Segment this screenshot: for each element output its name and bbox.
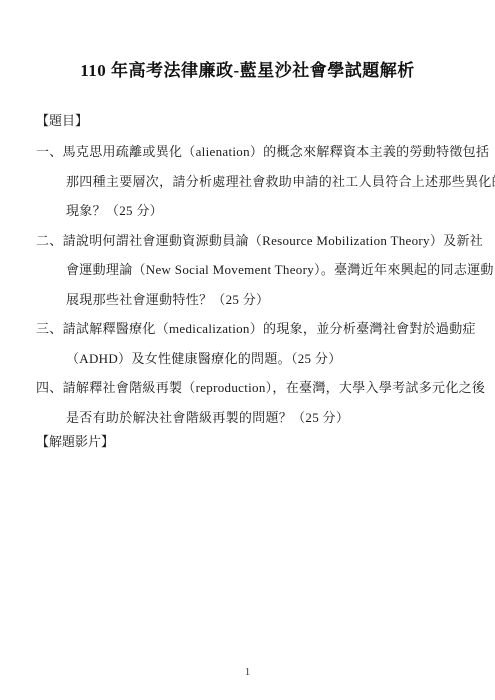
question-4: 四、請解釋社會階級再製（reproduction），在臺灣，大學入學考試多元化之… (36, 373, 475, 432)
question-line: 那四種主要層次，請分析處理社會救助申請的社工人員符合上述那些異化的 (36, 167, 475, 197)
document-title: 110 年高考法律廉政-藍星沙社會學試題解析 (0, 0, 495, 81)
question-line: 二、請說明何謂社會運動資源動員論（Resource Mobilization T… (36, 226, 475, 256)
question-line: 會運動理論（New Social Movement Theory）。臺灣近年來興… (36, 255, 475, 285)
question-text: 請試解釋醫療化（medicalization）的現象，並分析臺灣社會對於過動症 (63, 321, 476, 336)
question-number: 一、 (36, 144, 63, 159)
question-number: 四、 (36, 380, 63, 395)
question-3: 三、請試解釋醫療化（medicalization）的現象，並分析臺灣社會對於過動… (36, 314, 475, 373)
question-text: 請說明何謂社會運動資源動員論（Resource Mobilization The… (63, 233, 483, 248)
question-1: 一、馬克思用疏離或異化（alienation）的概念來解釋資本主義的勞動特徵包括… (36, 137, 475, 226)
questions-list: 一、馬克思用疏離或異化（alienation）的概念來解釋資本主義的勞動特徵包括… (0, 137, 495, 432)
question-line: （ADHD）及女性健康醫療化的問題。（25 分） (36, 344, 475, 374)
question-line: 現象？（25 分） (36, 196, 475, 226)
question-line: 四、請解釋社會階級再製（reproduction），在臺灣，大學入學考試多元化之… (36, 373, 475, 403)
question-2: 二、請說明何謂社會運動資源動員論（Resource Mobilization T… (36, 226, 475, 315)
section-questions-label: 【題目】 (36, 111, 467, 131)
question-number: 二、 (36, 233, 63, 248)
question-line: 展現那些社會運動特性？（25 分） (36, 285, 475, 315)
section-video-label: 【解題影片】 (36, 432, 467, 452)
question-text: 請解釋社會階級再製（reproduction），在臺灣，大學入學考試多元化之後 (63, 380, 486, 395)
question-line: 三、請試解釋醫療化（medicalization）的現象，並分析臺灣社會對於過動… (36, 314, 475, 344)
question-line: 一、馬克思用疏離或異化（alienation）的概念來解釋資本主義的勞動特徵包括 (36, 137, 475, 167)
question-text: 馬克思用疏離或異化（alienation）的概念來解釋資本主義的勞動特徵包括 (63, 144, 490, 159)
question-number: 三、 (36, 321, 63, 336)
page-number: 1 (0, 666, 495, 678)
document-page: 110 年高考法律廉政-藍星沙社會學試題解析 【題目】 一、馬克思用疏離或異化（… (0, 0, 495, 700)
question-line: 是否有助於解決社會階級再製的問題？（25 分） (36, 403, 475, 433)
